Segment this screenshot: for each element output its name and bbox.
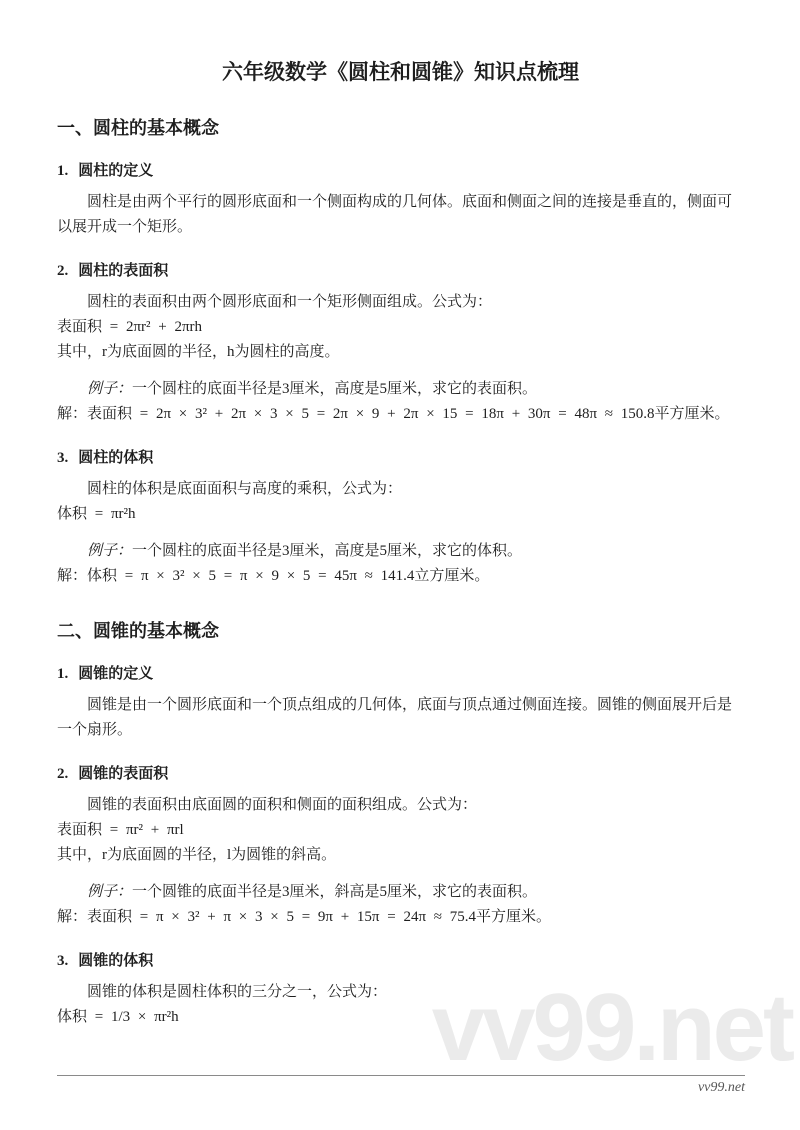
section-1-sub-3-heading: 3.圆柱的体积 — [57, 447, 744, 469]
cylinder-surface-note: 其中，r为底面圆的半径，h为圆柱的高度。 — [57, 340, 744, 365]
heading-number: 3. — [57, 953, 68, 969]
example-text: 一个圆柱的底面半径是3厘米，高度是5厘米，求它的表面积。 — [132, 381, 537, 397]
cylinder-surface-solution: 解：表面积 = 2π × 3² + 2π × 3 × 5 = 2π × 9 + … — [57, 402, 744, 427]
cylinder-volume-solution: 解：体积 = π × 3² × 5 = π × 9 × 5 = 45π ≈ 14… — [57, 564, 744, 589]
heading-number: 1. — [57, 163, 68, 179]
example-label: 例子： — [87, 543, 132, 559]
footer-site-label: vv99.net — [698, 1080, 745, 1096]
cylinder-surface-paragraph: 圆柱的表面积由两个圆形底面和一个矩形侧面组成。公式为： — [57, 290, 744, 315]
cylinder-definition-paragraph: 圆柱是由两个平行的圆形底面和一个侧面构成的几何体。底面和侧面之间的连接是垂直的，… — [57, 190, 744, 240]
cylinder-surface-example: 例子：一个圆柱的底面半径是3厘米，高度是5厘米，求它的表面积。 — [57, 377, 744, 402]
section-2-heading: 二、圆锥的基本概念 — [57, 619, 744, 643]
example-text: 一个圆锥的底面半径是3厘米，斜高是5厘米，求它的表面积。 — [132, 884, 537, 900]
cylinder-volume-example: 例子：一个圆柱的底面半径是3厘米，高度是5厘米，求它的体积。 — [57, 539, 744, 564]
section-2-sub-2-heading: 2.圆锥的表面积 — [57, 763, 744, 785]
section-2-sub-1-heading: 1.圆锥的定义 — [57, 663, 744, 685]
document-content: 六年级数学《圆柱和圆锥》知识点梳理 一、圆柱的基本概念 1.圆柱的定义 圆柱是由… — [0, 0, 800, 1030]
document-page: vv99.net 六年级数学《圆柱和圆锥》知识点梳理 一、圆柱的基本概念 1.圆… — [0, 0, 800, 1130]
heading-text: 圆柱的定义 — [78, 163, 153, 179]
example-label: 例子： — [87, 381, 132, 397]
page-title: 六年级数学《圆柱和圆锥》知识点梳理 — [57, 58, 744, 86]
cylinder-volume-formula: 体积 = πr²h — [57, 502, 744, 527]
heading-text: 圆柱的表面积 — [78, 263, 168, 279]
cone-surface-paragraph: 圆锥的表面积由底面圆的面积和侧面的面积组成。公式为： — [57, 793, 744, 818]
heading-text: 圆柱的体积 — [78, 450, 153, 466]
section-1-heading: 一、圆柱的基本概念 — [57, 116, 744, 140]
heading-text: 圆锥的表面积 — [78, 766, 168, 782]
heading-text: 圆锥的体积 — [78, 953, 153, 969]
example-label: 例子： — [87, 884, 132, 900]
heading-number: 2. — [57, 263, 68, 279]
heading-number: 2. — [57, 766, 68, 782]
cone-definition-paragraph: 圆锥是由一个圆形底面和一个顶点组成的几何体，底面与顶点通过侧面连接。圆锥的侧面展… — [57, 693, 744, 743]
heading-number: 1. — [57, 666, 68, 682]
footer-divider — [57, 1075, 745, 1076]
cone-volume-paragraph: 圆锥的体积是圆柱体积的三分之一，公式为： — [57, 980, 744, 1005]
cylinder-surface-formula: 表面积 = 2πr² + 2πrh — [57, 315, 744, 340]
heading-number: 3. — [57, 450, 68, 466]
cone-surface-note: 其中，r为底面圆的半径，l为圆锥的斜高。 — [57, 843, 744, 868]
cone-volume-formula: 体积 = 1/3 × πr²h — [57, 1005, 744, 1030]
example-text: 一个圆柱的底面半径是3厘米，高度是5厘米，求它的体积。 — [132, 543, 522, 559]
section-1-sub-1-heading: 1.圆柱的定义 — [57, 160, 744, 182]
cone-surface-formula: 表面积 = πr² + πrl — [57, 818, 744, 843]
cylinder-volume-paragraph: 圆柱的体积是底面面积与高度的乘积，公式为： — [57, 477, 744, 502]
cone-surface-solution: 解：表面积 = π × 3² + π × 3 × 5 = 9π + 15π = … — [57, 905, 744, 930]
cone-surface-example: 例子：一个圆锥的底面半径是3厘米，斜高是5厘米，求它的表面积。 — [57, 880, 744, 905]
section-1-sub-2-heading: 2.圆柱的表面积 — [57, 260, 744, 282]
heading-text: 圆锥的定义 — [78, 666, 153, 682]
section-2-sub-3-heading: 3.圆锥的体积 — [57, 950, 744, 972]
